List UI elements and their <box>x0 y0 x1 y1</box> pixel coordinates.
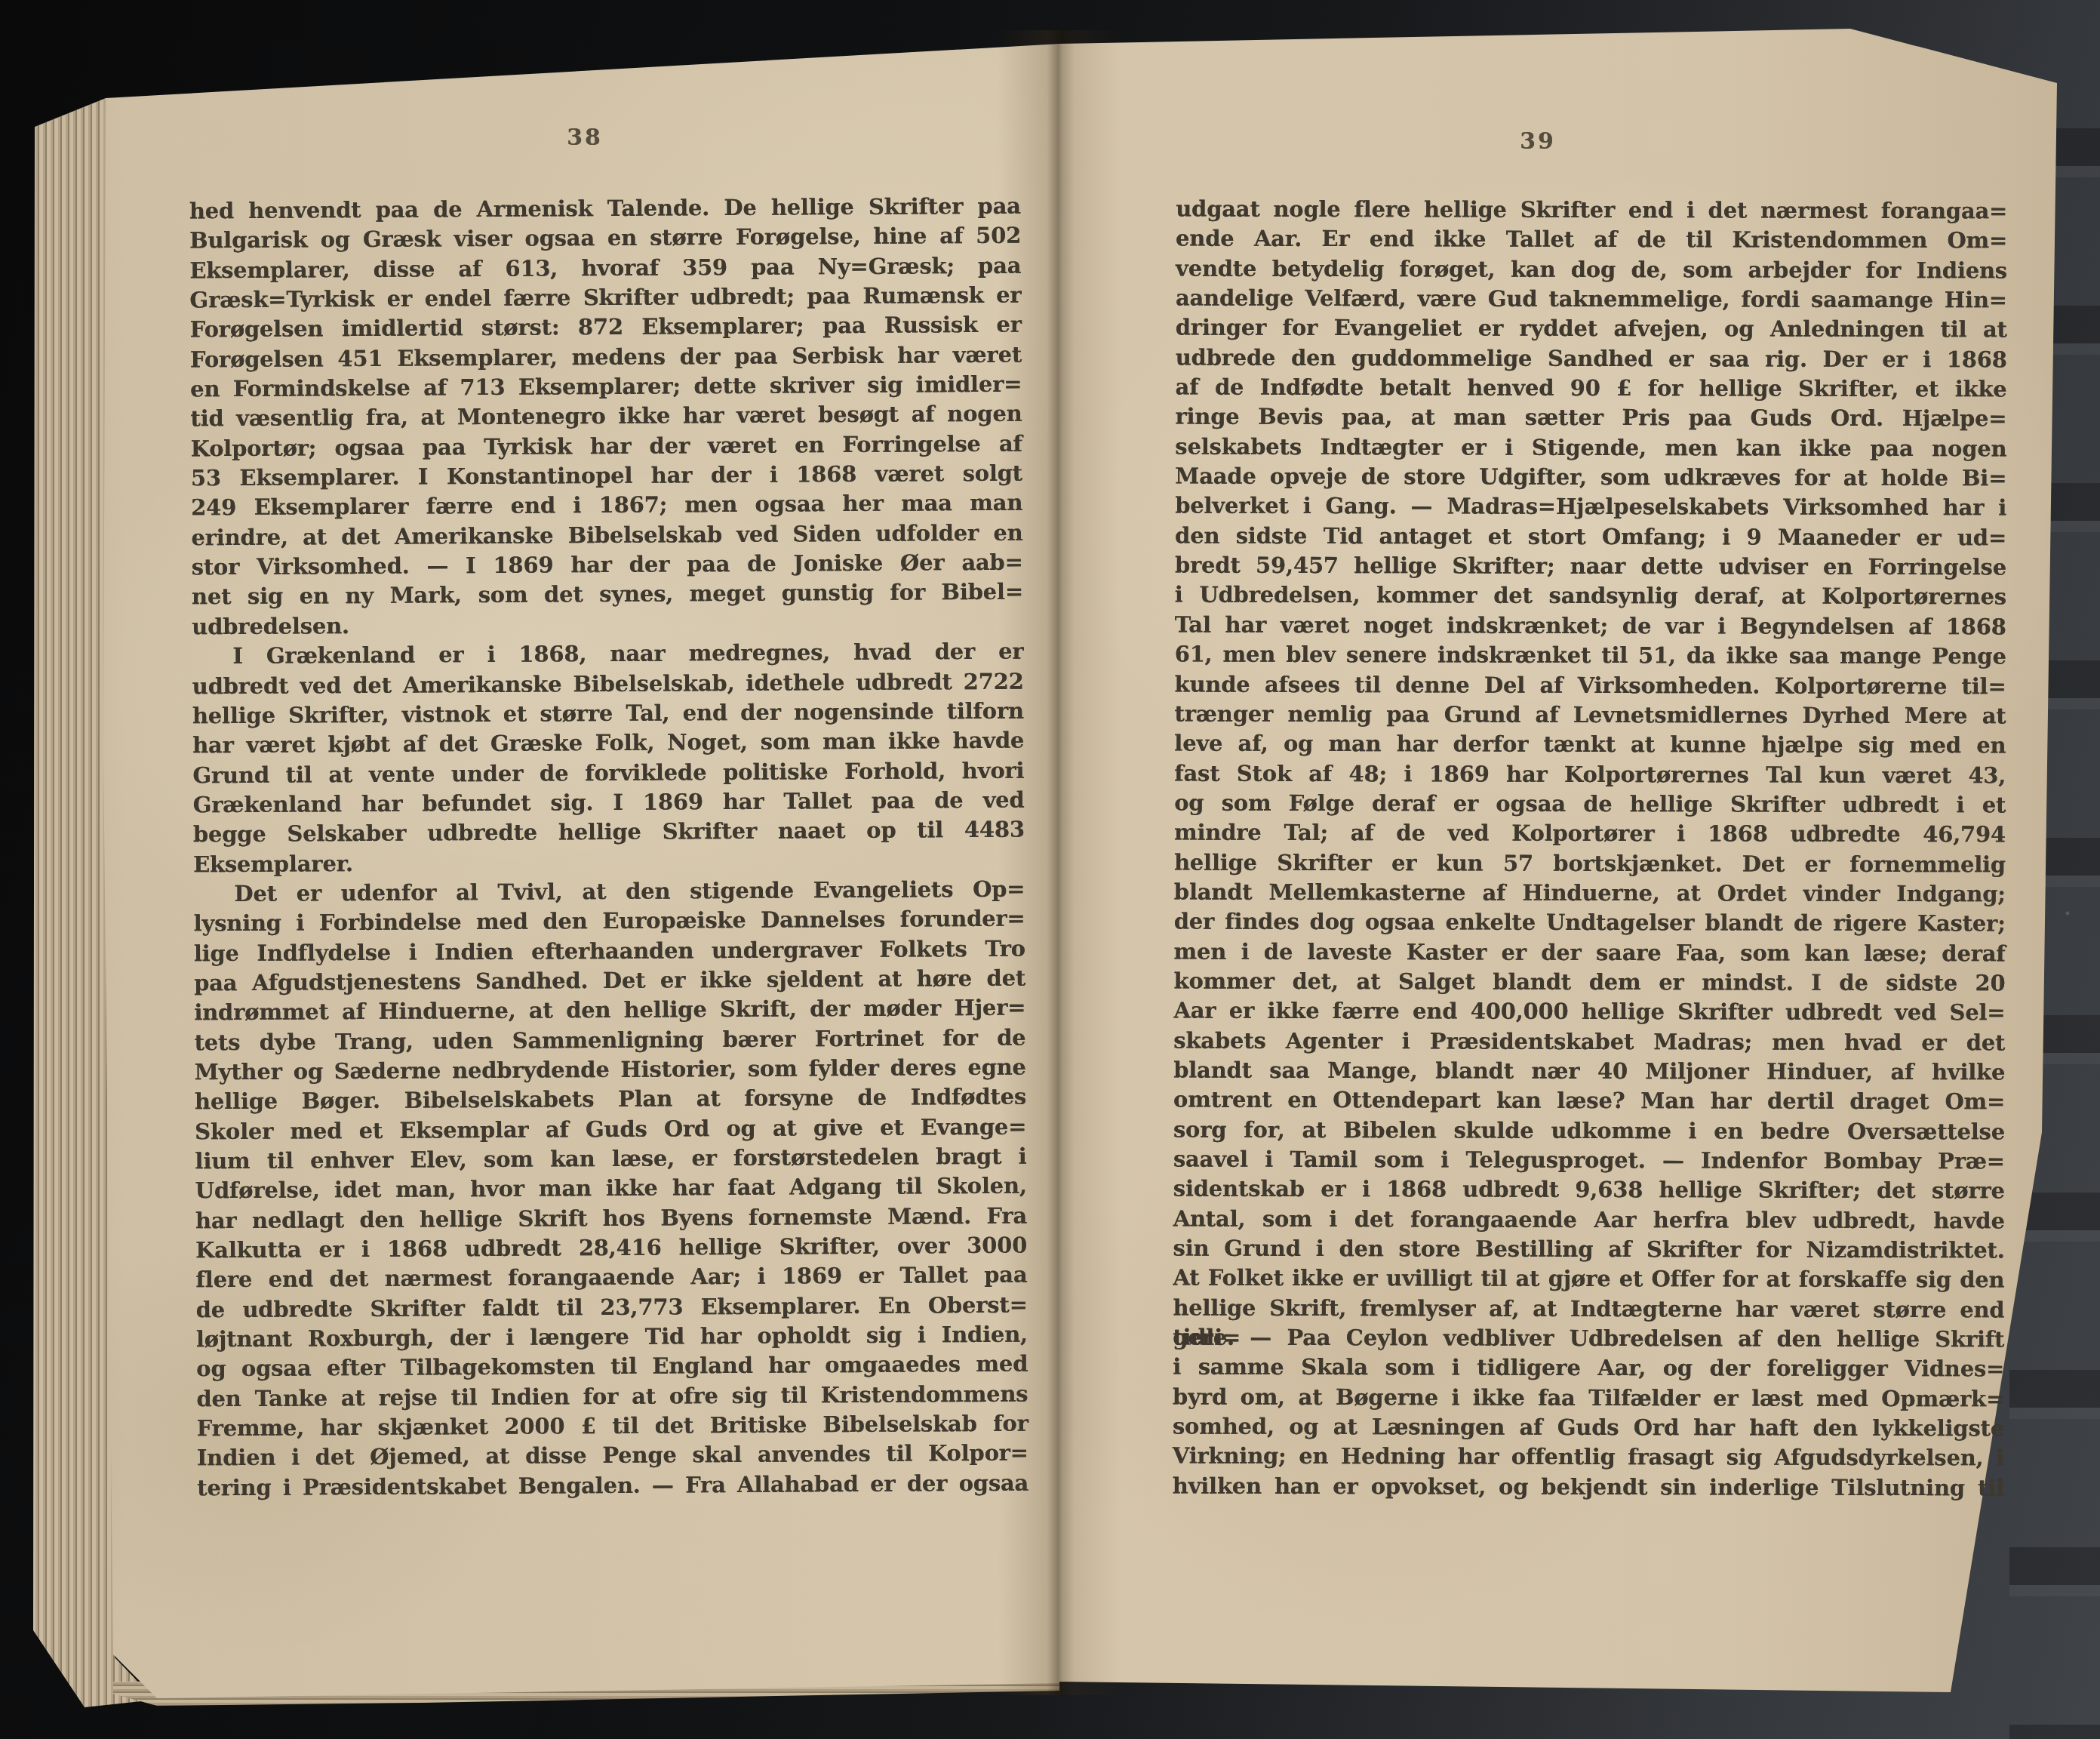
text-line: 53 Eksemplarer. I Konstantinopel har der… <box>191 459 1022 494</box>
text-line: Maade opveje de store Udgifter, som udkr… <box>1175 462 2006 494</box>
text-line: 249 Eksemplarer færre end i 1867; men og… <box>191 488 1022 523</box>
text-line: indrømmet af Hinduerne, at den hellige S… <box>194 993 1025 1028</box>
text-line: Eksemplarer, disse af 613, hvoraf 359 pa… <box>189 251 1021 285</box>
text-line: dringer for Evangeliet er ryddet afvejen… <box>1176 313 2007 345</box>
text-line: hellige Skrifter er kun 57 bortskjænket.… <box>1174 848 2006 879</box>
text-line: har nedlagt den hellige Skrift hos Byens… <box>195 1201 1027 1236</box>
text-line: stor Virksomhed. — I 1869 har der paa de… <box>192 548 1023 583</box>
text-line: Kalkutta er i 1868 udbredt 28,416 hellig… <box>195 1231 1027 1266</box>
text-line: Virkning; en Hedning har offentlig frasa… <box>1173 1442 2004 1473</box>
text-line: paa Afgudstjenestens Sandhed. Det er ikk… <box>194 964 1025 999</box>
text-line: den sidste Tid antaget et stort Omfang; … <box>1175 521 2006 552</box>
text-line: lige Indflydelse i Indien efterhaanden u… <box>194 934 1025 968</box>
text-line: Tal har været noget indskrænket; de var … <box>1175 610 2006 642</box>
book-scan: 38 39 hed henvendt paa de Armenisk Talen… <box>0 0 2100 1739</box>
page-number-right: 39 <box>1481 128 1594 155</box>
text-line: net sig en ny Mark, som det synes, meget… <box>192 577 1023 612</box>
text-line: sidentskab er i 1868 udbredt 9,638 helli… <box>1173 1174 2005 1206</box>
text-line: Forøgelsen 451 Eksemplarer, medens der p… <box>190 340 1022 374</box>
text-line: hellige Bøger. Bibelselskabets Plan at f… <box>195 1082 1026 1117</box>
text-line: Myther og Sæderne nedbrydende Historier,… <box>195 1053 1026 1088</box>
text-line: i samme Skala som i tidligere Aar, og de… <box>1173 1353 2004 1384</box>
text-line: mindre Tal; af de ved Kolportører i 1868… <box>1174 818 2006 850</box>
text-line: udbredt ved det Amerikanske Bibelselskab… <box>192 666 1024 701</box>
text-line: bredt 59,457 hellige Skrifter; naar dett… <box>1175 551 2006 583</box>
text-line: den Tanke at rejse til Indien for at ofr… <box>196 1379 1028 1414</box>
text-line: hellige Skrift, fremlyser af, at Indtægt… <box>1173 1293 2004 1325</box>
text-line: Det er udenfor al Tvivl, at den stigende… <box>193 875 1025 910</box>
text-line: Antal, som i det forangaaende Aar herfra… <box>1173 1204 2005 1236</box>
text-line: saavel i Tamil som i Telegusproget. — In… <box>1173 1145 2005 1177</box>
text-line: tets dybe Trang, uden Sammenligning bære… <box>194 1023 1025 1057</box>
text-line: 61, men blev senere indskrænket til 51, … <box>1175 640 2006 672</box>
text-line: fast Stok af 48; i 1869 har Kolportørern… <box>1174 759 2006 790</box>
text-line: og som Følge deraf er ogsaa de hellige S… <box>1174 788 2006 820</box>
text-line: Aar er ikke færre end 400,000 hellige Sk… <box>1173 996 2005 1028</box>
left-page-text: hed henvendt paa de Armenisk Talende. De… <box>189 192 1029 1504</box>
text-line: leve af, og man har derfor tænkt at kunn… <box>1174 729 2006 761</box>
text-line: begge Selskaber udbredte hellige Skrifte… <box>193 815 1025 850</box>
text-line: ende Aar. Er end ikke Tallet af de til K… <box>1176 224 2007 256</box>
page-number-left: 38 <box>528 125 641 151</box>
text-line: kommer det, at Salget blandt dem er mind… <box>1173 966 2005 998</box>
text-line: aandelige Velfærd, være Gud taknemmelige… <box>1176 284 2007 315</box>
text-line: Indien i det Øjemed, at disse Penge skal… <box>197 1439 1028 1473</box>
text-line: lysning i Forbindelse med den Europæiske… <box>193 904 1025 939</box>
text-line: de udbredte Skrifter faldt til 23,773 Ek… <box>196 1290 1028 1325</box>
text-line: blandt saa Mange, blandt nær 40 Miljoner… <box>1173 1056 2005 1088</box>
text-line: Forøgelsen imidlertid størst: 872 Eksemp… <box>190 310 1022 345</box>
text-line: men i de laveste Kaster er der saare Faa… <box>1174 937 2006 968</box>
text-line: blandt Mellemkasterne af Hinduerne, at O… <box>1174 877 2006 909</box>
text-line: Bulgarisk og Græsk viser ogsaa en større… <box>189 221 1021 256</box>
text-line: lium til enhver Elev, som kan læse, er f… <box>195 1142 1026 1177</box>
text-line: af de Indfødte betalt henved 90 £ for he… <box>1176 373 2007 405</box>
text-line: sorg for, at Bibelen skulde udkomme i en… <box>1173 1115 2005 1147</box>
text-line: At Folket ikke er uvilligt til at gjøre … <box>1173 1263 2004 1295</box>
right-page-text: udgaat nogle flere hellige Skrifter end … <box>1173 195 2008 1504</box>
text-line: Grækenland har befundet sig. I 1869 har … <box>193 786 1025 820</box>
text-line: udbrede den guddommelige Sandhed er saa … <box>1176 343 2007 374</box>
text-line: løjtnant Roxburgh, der i længere Tid har… <box>196 1320 1028 1355</box>
text-line: omtrent en Ottendepart kan læse? Man har… <box>1173 1085 2005 1117</box>
text-line: I Grækenland er i 1868, naar medregnes, … <box>192 637 1023 672</box>
text-line: Skoler med et Eksemplar af Guds Ord og a… <box>195 1112 1026 1147</box>
text-line: der findes dog ogsaa enkelte Undtagelser… <box>1174 907 2006 939</box>
text-line: i Udbredelsen, kommer det sandsynlig der… <box>1175 580 2006 612</box>
text-line: Eksemplarer. <box>193 845 1025 879</box>
text-line: hed henvendt paa de Armenisk Talende. De… <box>189 192 1021 226</box>
text-line: tid væsentlig fra, at Montenegro ikke ha… <box>190 399 1022 434</box>
text-line: belverket i Gang. — Madras=Hjælpeselskab… <box>1175 491 2006 523</box>
text-line: hvilken han er opvokset, og bekjendt sin… <box>1173 1471 2004 1503</box>
text-line: hellige Skrifter, vistnok et større Tal,… <box>192 696 1024 731</box>
text-line: Fremme, har skjænket 2000 £ til det Brit… <box>197 1409 1028 1444</box>
text-line: Kolportør; ogsaa paa Tyrkisk har der vær… <box>191 429 1022 463</box>
text-line: tering i Præsidentskabet Bengalen. — Fra… <box>197 1468 1028 1503</box>
text-line: erindre, at det Amerikanske Bibelselskab… <box>191 518 1022 552</box>
text-line: ringe Bevis paa, at man sætter Pris paa … <box>1175 402 2006 434</box>
text-line: kunde afsees til denne Del af Virksomhed… <box>1175 669 2006 701</box>
text-line: sin Grund i den store Bestilling af Skri… <box>1173 1234 2005 1266</box>
text-line: somhed, og at Læsningen af Guds Ord har … <box>1173 1412 2004 1444</box>
text-line: Udførelse, idet man, hvor man ikke har f… <box>195 1171 1027 1206</box>
text-line: Græsk=Tyrkisk er endel færre Skrifter ud… <box>189 281 1021 315</box>
text-line: byrd om, at Bøgerne i ikke faa Tilfælder… <box>1173 1382 2004 1414</box>
text-line: en Formindskelse af 713 Eksemplarer; det… <box>190 370 1022 405</box>
text-line: har været kjøbt af det Græske Folk, Noge… <box>192 726 1024 761</box>
text-line: Grund til at vente under de forviklede p… <box>192 756 1024 790</box>
text-line: selskabets Indtægter er i Stigende, men … <box>1175 432 2006 463</box>
text-line: udgaat nogle flere hellige Skrifter end … <box>1176 195 2007 226</box>
text-line: udbredelsen. <box>192 607 1023 642</box>
text-line: trænger nemlig paa Grund af Levnetsmidle… <box>1174 699 2006 731</box>
text-line: vendte betydelig forøget, kan dog de, so… <box>1176 254 2007 285</box>
text-line: flere end det nærmest forangaaende Aar; … <box>195 1260 1027 1295</box>
text-line: skabets Agenter i Præsidentskabet Madras… <box>1173 1026 2005 1057</box>
text-line: og ogsaa efter Tilbagekomsten til Englan… <box>196 1350 1028 1384</box>
text-line: gere. — Paa Ceylon vedbliver Udbredelsen… <box>1173 1323 2004 1355</box>
